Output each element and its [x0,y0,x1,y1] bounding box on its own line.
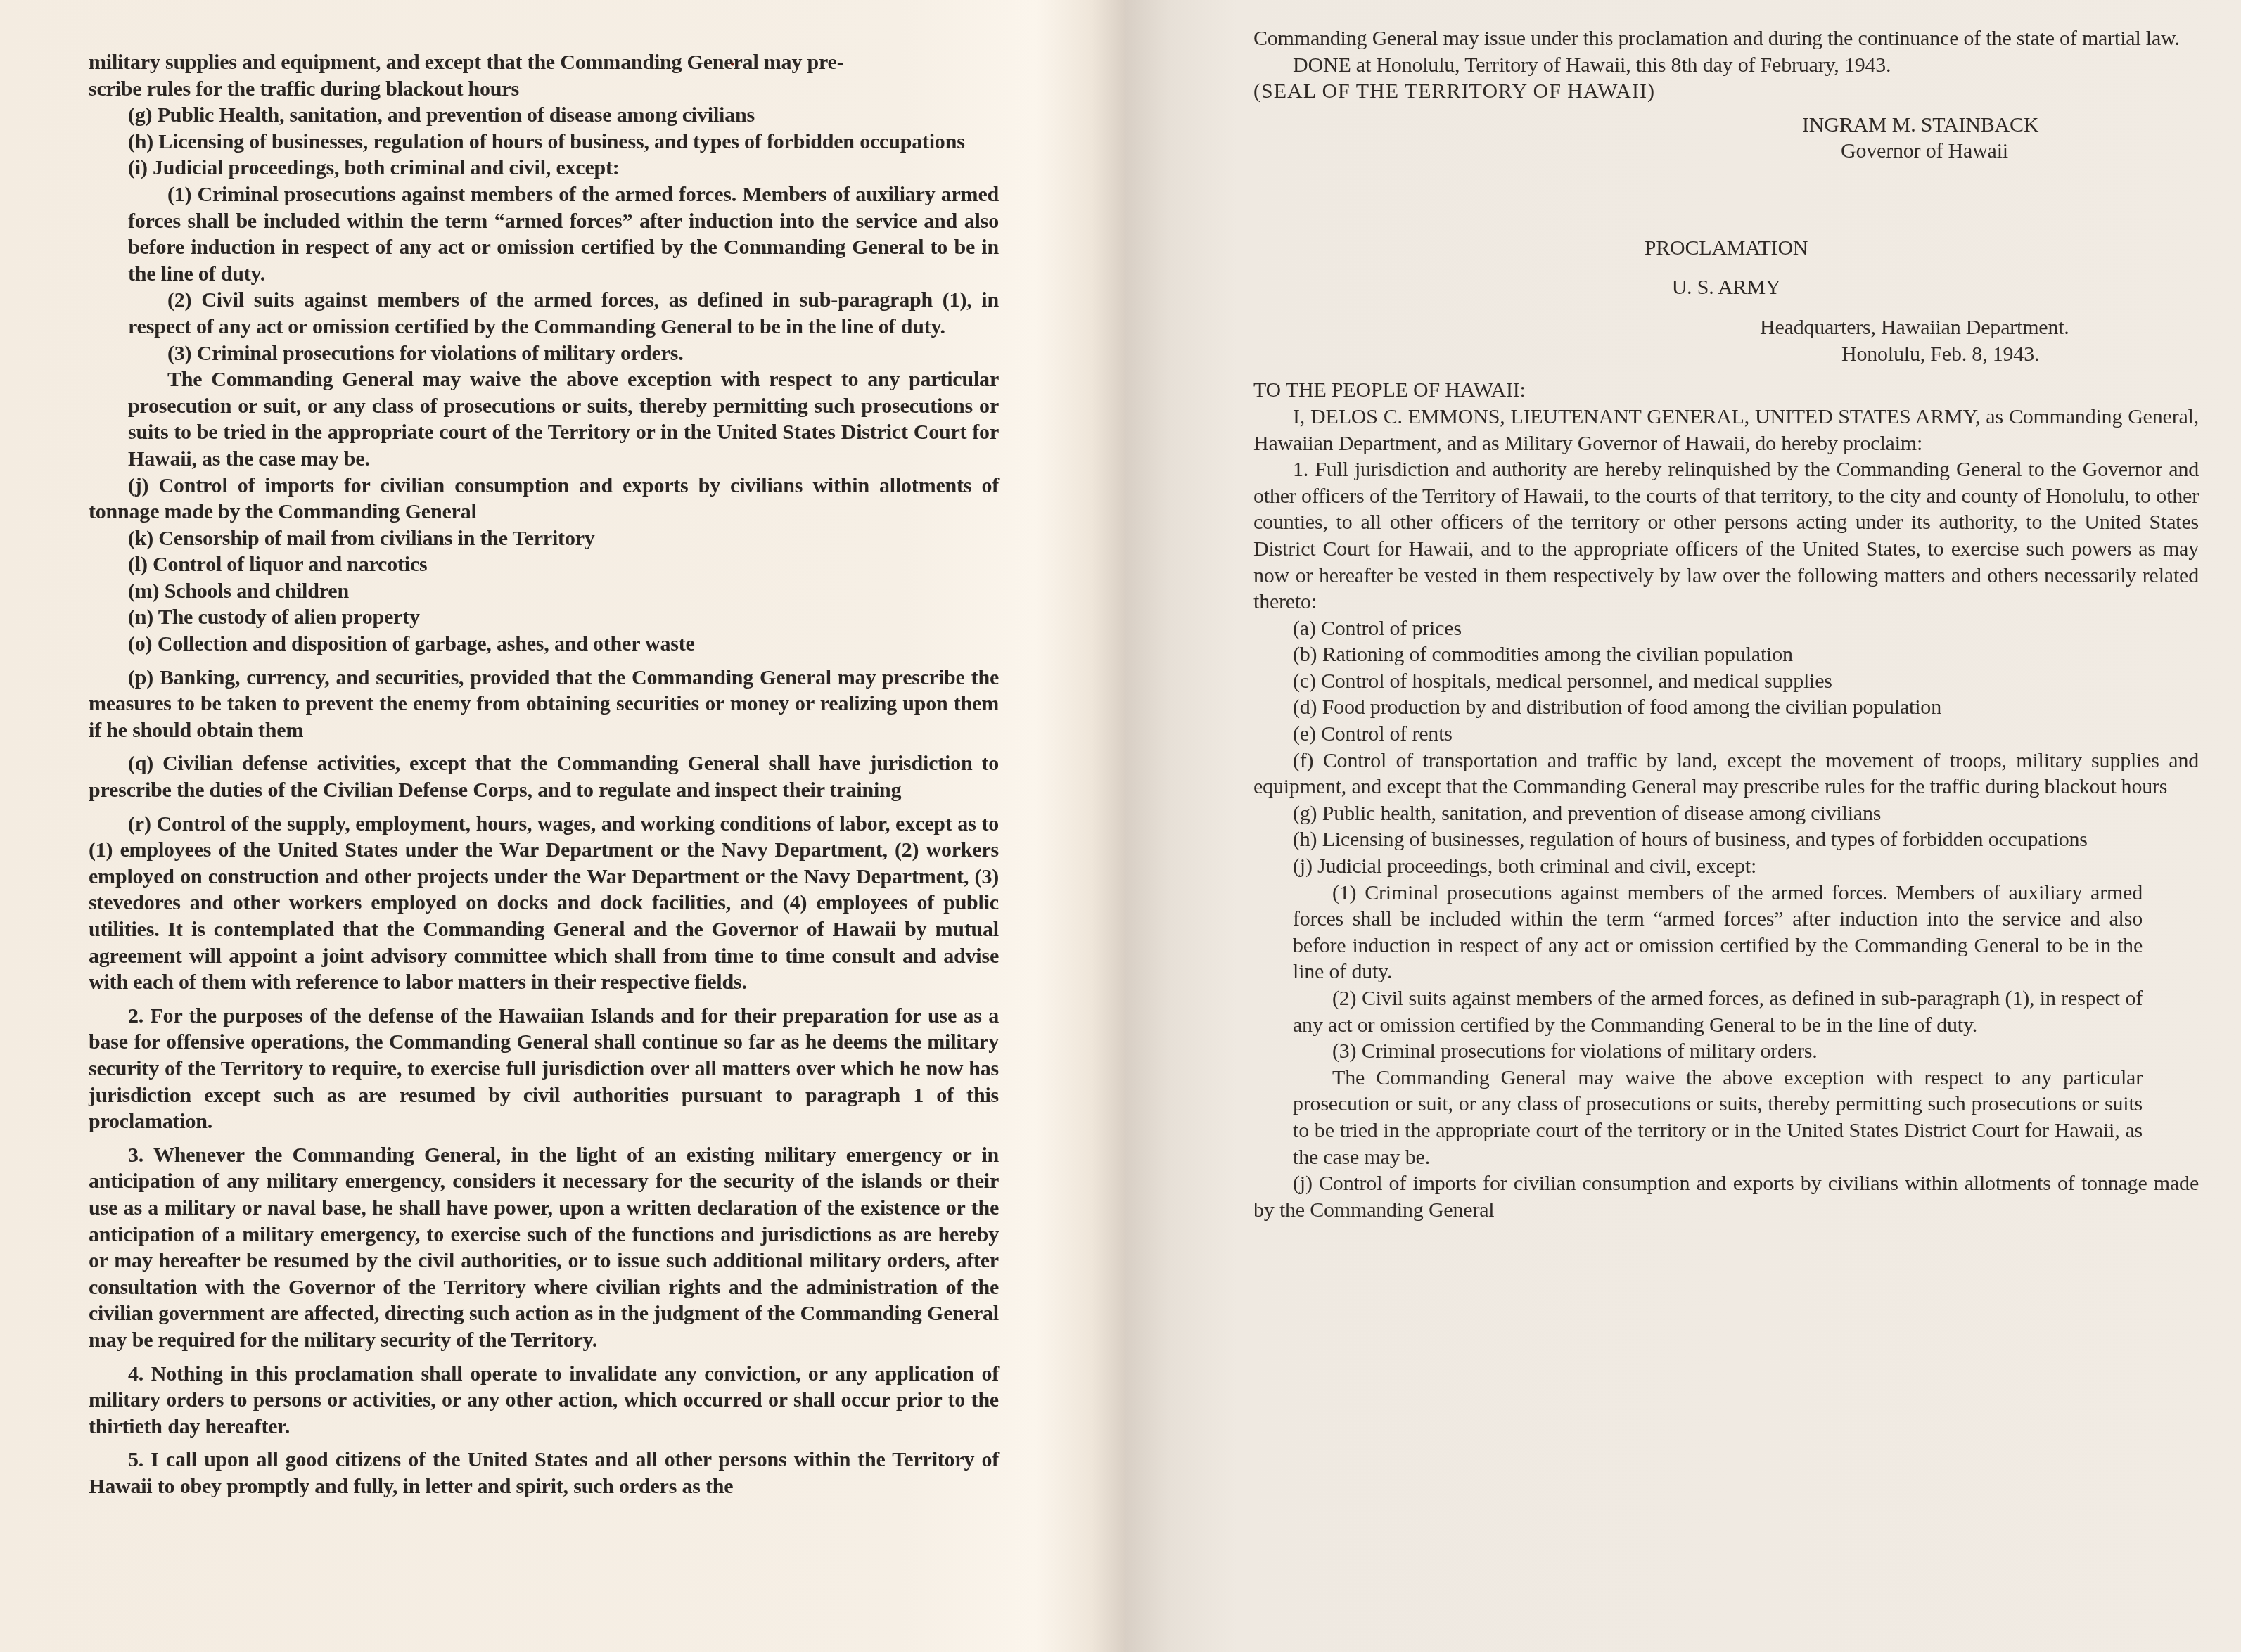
list-item-j-imports: (j) Control of imports for civilian cons… [1253,1170,2199,1223]
sub-item-2: (2) Civil suits against members of the a… [1253,985,2143,1038]
list-item-k: (k) Censorship of mail from civilians in… [89,525,999,552]
seal-line: (SEAL OF THE TERRITORY OF HAWAII) [1253,78,2199,105]
signatory-title: Governor of Hawaii [1253,138,2199,165]
list-item-j-judicial: (j) Judicial proceedings, both criminal … [1253,853,2199,880]
list-item-f: (f) Control of transportation and traffi… [1253,748,2199,800]
list-item-o: (o) Collection and disposition of garbag… [89,631,999,658]
list-item-r: (r) Control of the supply, employment, h… [89,811,999,996]
book-spread: military supplies and equipment, and exc… [0,0,2241,1652]
waiver-paragraph: The Commanding General may waive the abo… [89,366,999,472]
sub-item-3: (3) Criminal prosecutions for violations… [89,340,999,367]
list-item-h: (h) Licensing of businesses, regulation … [1253,826,2199,853]
list-item-g: (g) Public Health, sanitation, and preve… [89,102,999,129]
paragraph-4: 4. Nothing in this proclamation shall op… [89,1361,999,1440]
list-item-b: (b) Rationing of commodities among the c… [1253,641,2199,668]
intro-paragraph: I, DELOS C. EMMONS, LIEUTENANT GENERAL, … [1253,404,2199,456]
paragraph-1: 1. Full jurisdiction and authority are h… [1253,456,2199,615]
headquarters-line: Headquarters, Hawaiian Department. [1253,314,2199,341]
list-item-p: (p) Banking, currency, and securities, p… [89,665,999,744]
sub-item-1: (1) Criminal prosecutions against member… [89,181,999,287]
right-page-text: Commanding General may issue under this … [1253,25,2199,1223]
proclamation-subheading: U. S. ARMY [1253,274,2199,301]
left-page-text: military supplies and equipment, and exc… [89,49,999,1499]
done-line: DONE at Honolulu, Territory of Hawaii, t… [1253,52,2199,79]
paragraph-2: 2. For the purposes of the defense of th… [89,1003,999,1135]
left-page: military supplies and equipment, and exc… [0,0,1125,1652]
sub-items: (1) Criminal prosecutions against member… [1253,880,2199,1171]
list-item-i: (i) Judicial proceedings, both criminal … [89,155,999,181]
list-item-a: (a) Control of prices [1253,615,2199,642]
sub-item-2: (2) Civil suits against members of the a… [89,287,999,340]
list-item-q: (q) Civilian defense activities, except … [89,750,999,803]
right-page: Commanding General may issue under this … [1125,0,2241,1652]
list-item-c: (c) Control of hospitals, medical person… [1253,668,2199,695]
list-item-n: (n) The custody of alien property [89,604,999,631]
list-item-e: (e) Control of rents [1253,721,2199,748]
salutation: TO THE PEOPLE OF HAWAII: [1253,377,2199,404]
list-item-m: (m) Schools and children [89,578,999,605]
list-item-l: (l) Control of liquor and narcotics [89,551,999,578]
list-item-d: (d) Food production by and distribution … [1253,694,2199,721]
sub-item-1: (1) Criminal prosecutions against member… [1253,880,2143,985]
paragraph-3: 3. Whenever the Commanding General, in t… [89,1142,999,1354]
list-item-g: (g) Public health, sanitation, and preve… [1253,800,2199,827]
list-item-j: (j) Control of imports for civilian cons… [89,473,999,525]
proclamation-heading: PROCLAMATION [1253,235,2199,262]
continuation-line: military supplies and equipment, and exc… [89,49,999,76]
waiver-paragraph: The Commanding General may waive the abo… [1253,1065,2143,1170]
place-date-line: Honolulu, Feb. 8, 1943. [1253,341,2199,368]
continuation-paragraph: Commanding General may issue under this … [1253,25,2199,52]
continuation-line: scribe rules for the traffic during blac… [89,76,999,103]
list-item-h: (h) Licensing of businesses, regulation … [89,129,999,155]
ink-blemish-icon: • [730,58,734,72]
paragraph-5: 5. I call upon all good citizens of the … [89,1447,999,1499]
sub-item-3: (3) Criminal prosecutions for violations… [1253,1038,2143,1065]
signatory-name: INGRAM M. STAINBACK [1253,112,2199,139]
